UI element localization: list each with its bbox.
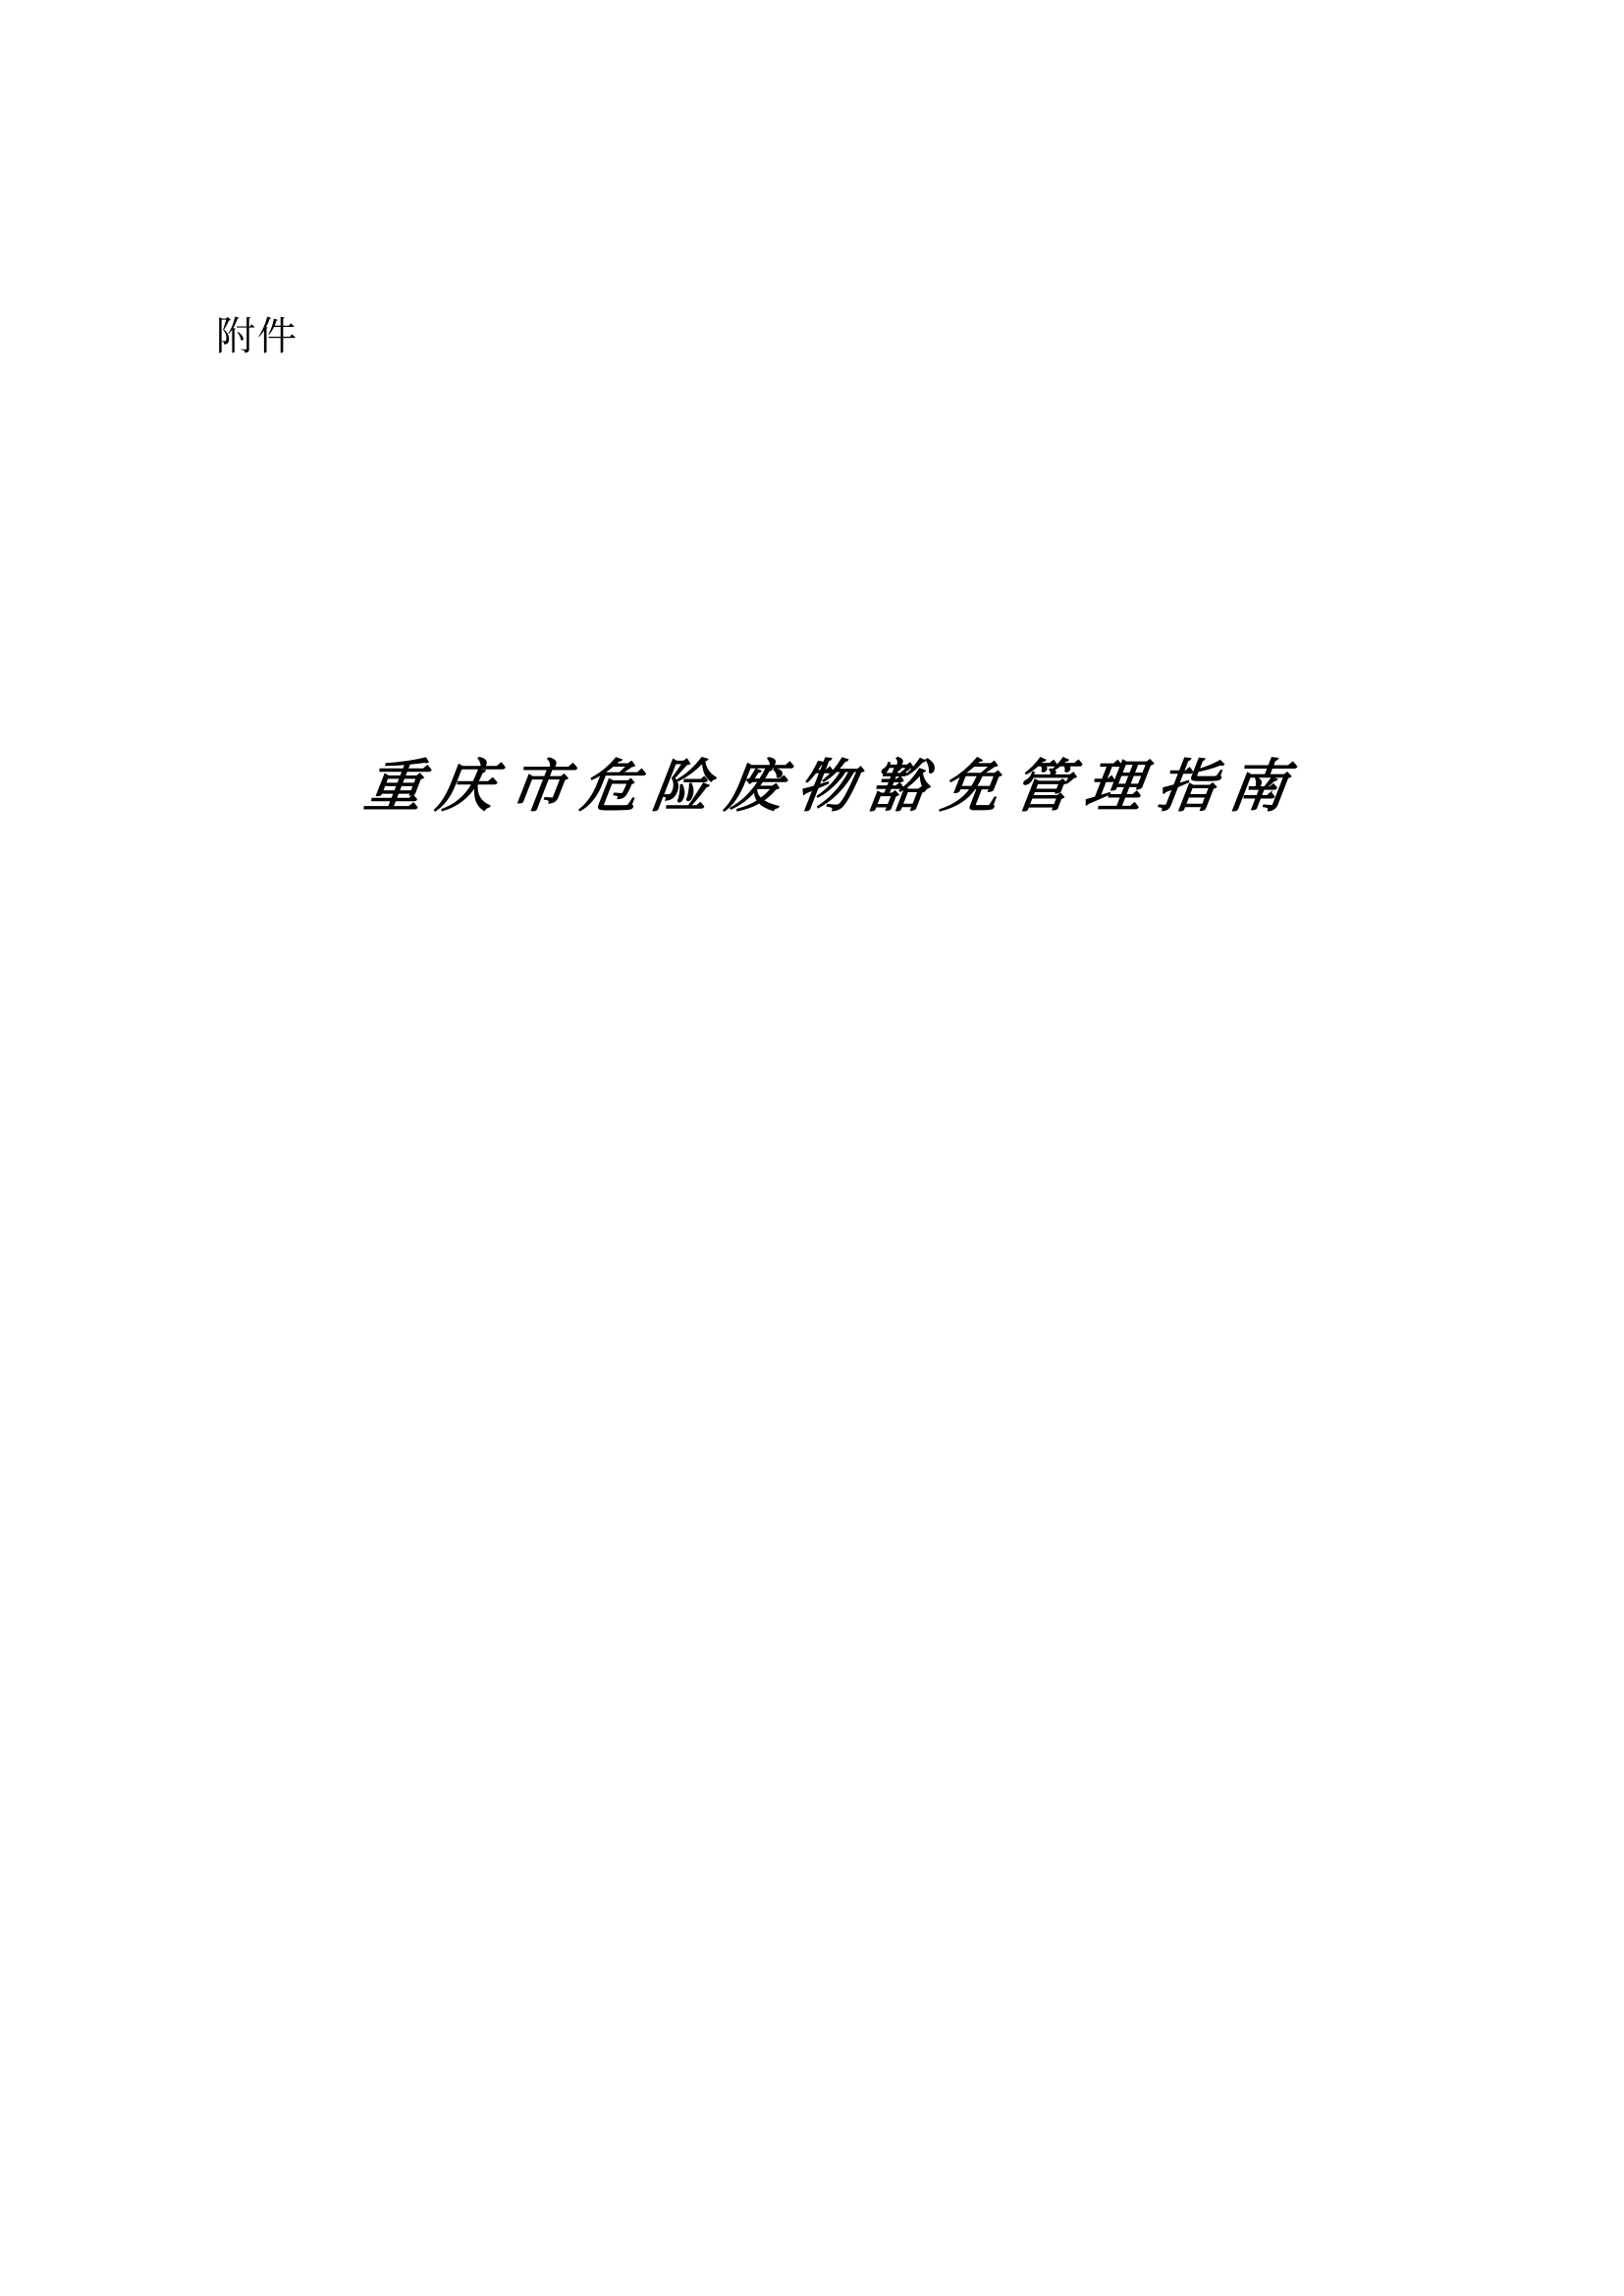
title-char: 重 (359, 740, 430, 823)
title-char: 险 (647, 740, 718, 823)
title-char: 废 (720, 740, 790, 823)
title-char: 危 (575, 740, 646, 823)
title-char: 庆 (431, 740, 502, 823)
document-page: 附件 重 庆 市 危 险 废 物 豁 免 管 理 指 南 (0, 0, 1624, 2296)
document-title: 重 庆 市 危 险 废 物 豁 免 管 理 指 南 (365, 737, 1288, 826)
title-char: 市 (504, 740, 574, 823)
title-char: 南 (1223, 740, 1294, 823)
title-char: 管 (1007, 740, 1078, 823)
title-char: 指 (1152, 740, 1222, 823)
attachment-label: 附件 (216, 312, 298, 361)
title-char: 理 (1079, 740, 1150, 823)
title-char: 豁 (863, 740, 934, 823)
title-char: 免 (936, 740, 1006, 823)
title-char: 物 (791, 740, 862, 823)
